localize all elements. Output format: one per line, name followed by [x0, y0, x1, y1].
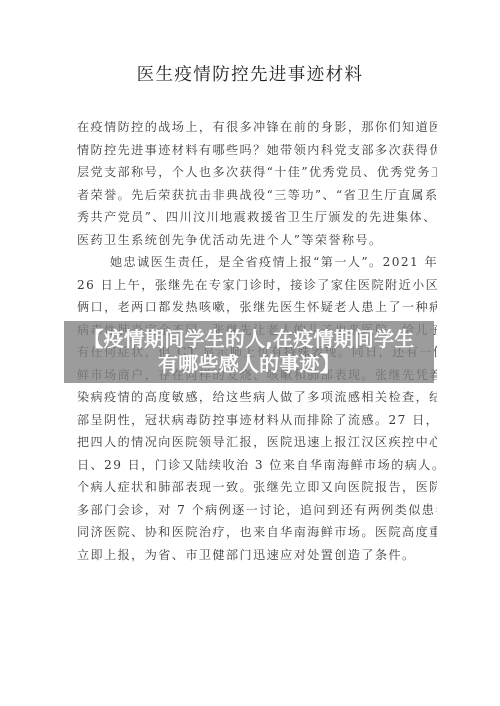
paragraph-line: 层党支部称号，个人也多次获得“十佳”优秀党员、优秀党务工作 — [77, 162, 437, 182]
caption-line-2: 有哪些感人的事迹】 — [158, 352, 340, 377]
caption-overlay: 【疫情期间学生的人,在疫情期间学生 有哪些感人的事迹】 — [64, 321, 434, 383]
document-title: 医生疫情防控先进事迹材料 — [0, 61, 500, 86]
paragraph-line: 俩口，老两口都发热咳嗽，张继先医生怀疑老人患上了一种病毒，他 — [77, 297, 437, 317]
paragraph-line: 者荣誉。先后荣获抗击非典战役“三等功”、“省卫生厅直属系统优 — [77, 185, 437, 205]
paragraph-line: 在疫情防控的战场上，有很多冲锋在前的身影，那你们知道医生疫 — [77, 117, 437, 137]
paragraph-line: 医药卫生系统创先争优活动先进个人”等荣誉称号。 — [77, 230, 437, 250]
paragraph-line: 多部门会诊，对 7 个病例逐一讨论，追问到还有两例类似患者，到 — [77, 500, 437, 520]
paragraph-line: 秀共产党员”、四川汶川地震救援省卫生厅颁发的先进集体、“全国 — [77, 207, 437, 227]
paragraph-line: 个病人症状和肺部表现一致。张继先立即又向医院报告，医院召开 — [77, 477, 437, 497]
paragraph-line: 同济医院、协和医院治疗，也来自华南海鲜市场。医院高度重视， — [77, 522, 437, 542]
paragraph-line: 26 日上午，张继先在专家门诊时，接诊了家住医院附近小区的一老 — [77, 275, 437, 295]
paragraph-line: 染病疫情的高度敏感，给这些病人做了多项流感相关检查，结果全 — [77, 387, 437, 407]
paragraph-line: 立即上报，为省、市卫健部门迅速应对处置创造了条件。 — [77, 545, 437, 565]
paragraph-line: 把四人的情况向医院领导汇报，医院迅速上报江汉区疾控中心。28 — [77, 432, 437, 452]
paragraph-line: 她忠诚医生责任，是全省疫情上报“第一人”。2021 年 12 月 — [77, 252, 437, 272]
caption-line-1: 【疫情期间学生的人,在疫情期间学生 — [84, 327, 415, 352]
paragraph-line: 情防控先进事迹材料有哪些吗？她带领内科党支部多次获得优秀基 — [77, 140, 437, 160]
paragraph-line: 部呈阴性，冠状病毒防控事迹材料从而排除了流感。27 日，她及时 — [77, 410, 437, 430]
paragraph-line: 日、29 日，门诊又陆续收治 3 位来自华南海鲜市场的病人。前后 7 — [77, 455, 437, 475]
